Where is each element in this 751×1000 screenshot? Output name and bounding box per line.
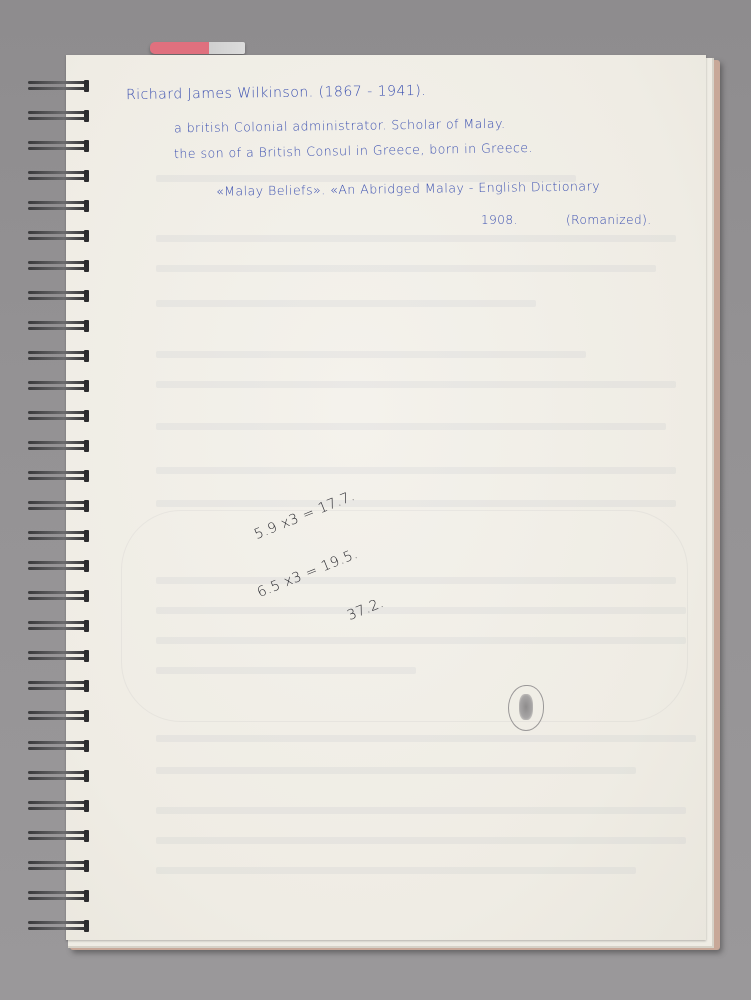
- spiral-coil: [28, 230, 90, 242]
- spiral-coil: [28, 200, 90, 212]
- spiral-coil: [28, 770, 90, 782]
- spiral-coil: [28, 170, 90, 182]
- show-through-line: [156, 767, 636, 774]
- show-through-line: [156, 351, 586, 358]
- spiral-coil: [28, 860, 90, 872]
- show-through-line: [156, 500, 676, 507]
- spiral-coil: [28, 440, 90, 452]
- spiral-coil: [28, 920, 90, 932]
- spiral-coil: [28, 470, 90, 482]
- show-through-line: [156, 423, 666, 430]
- spiral-coil: [28, 800, 90, 812]
- show-through-line: [156, 735, 696, 742]
- show-through-line: [156, 235, 676, 242]
- spiral-coil: [28, 140, 90, 152]
- note-title: Richard James Wilkinson. (1867 - 1941).: [126, 83, 426, 103]
- spiral-coil: [28, 830, 90, 842]
- spiral-coil: [28, 530, 90, 542]
- spiral-coil: [28, 590, 90, 602]
- show-through-frame: [121, 510, 688, 722]
- note-line: 1908.: [481, 213, 518, 227]
- spiral-binding: [28, 80, 88, 940]
- spiral-coil: [28, 260, 90, 272]
- spiral-coil: [28, 680, 90, 692]
- spiral-coil: [28, 500, 90, 512]
- note-line: (Romanized).: [566, 213, 652, 227]
- spiral-coil: [28, 290, 90, 302]
- spiral-coil: [28, 560, 90, 572]
- notebook-page: Richard James Wilkinson. (1867 - 1941). …: [66, 55, 706, 940]
- show-through-line: [156, 807, 686, 814]
- show-through-line: [156, 265, 656, 272]
- spiral-coil: [28, 110, 90, 122]
- spiral-coil: [28, 350, 90, 362]
- spiral-coil: [28, 410, 90, 422]
- show-through-line: [156, 381, 676, 388]
- spiral-coil: [28, 710, 90, 722]
- pencil-smudge: [519, 694, 533, 720]
- spiral-coil: [28, 320, 90, 332]
- spiral-coil: [28, 740, 90, 752]
- note-line: the son of a British Consul in Greece, b…: [174, 140, 533, 161]
- note-line: a british Colonial administrator. Schola…: [174, 116, 506, 136]
- spiral-coil: [28, 620, 90, 632]
- show-through-line: [156, 300, 536, 307]
- spiral-coil: [28, 80, 90, 92]
- spiral-coil: [28, 380, 90, 392]
- show-through-line: [156, 837, 686, 844]
- show-through-line: [156, 867, 636, 874]
- pencil: [150, 42, 245, 54]
- pencil-smudge-circle: [508, 685, 544, 731]
- spiral-coil: [28, 650, 90, 662]
- show-through-line: [156, 467, 676, 474]
- spiral-coil: [28, 890, 90, 902]
